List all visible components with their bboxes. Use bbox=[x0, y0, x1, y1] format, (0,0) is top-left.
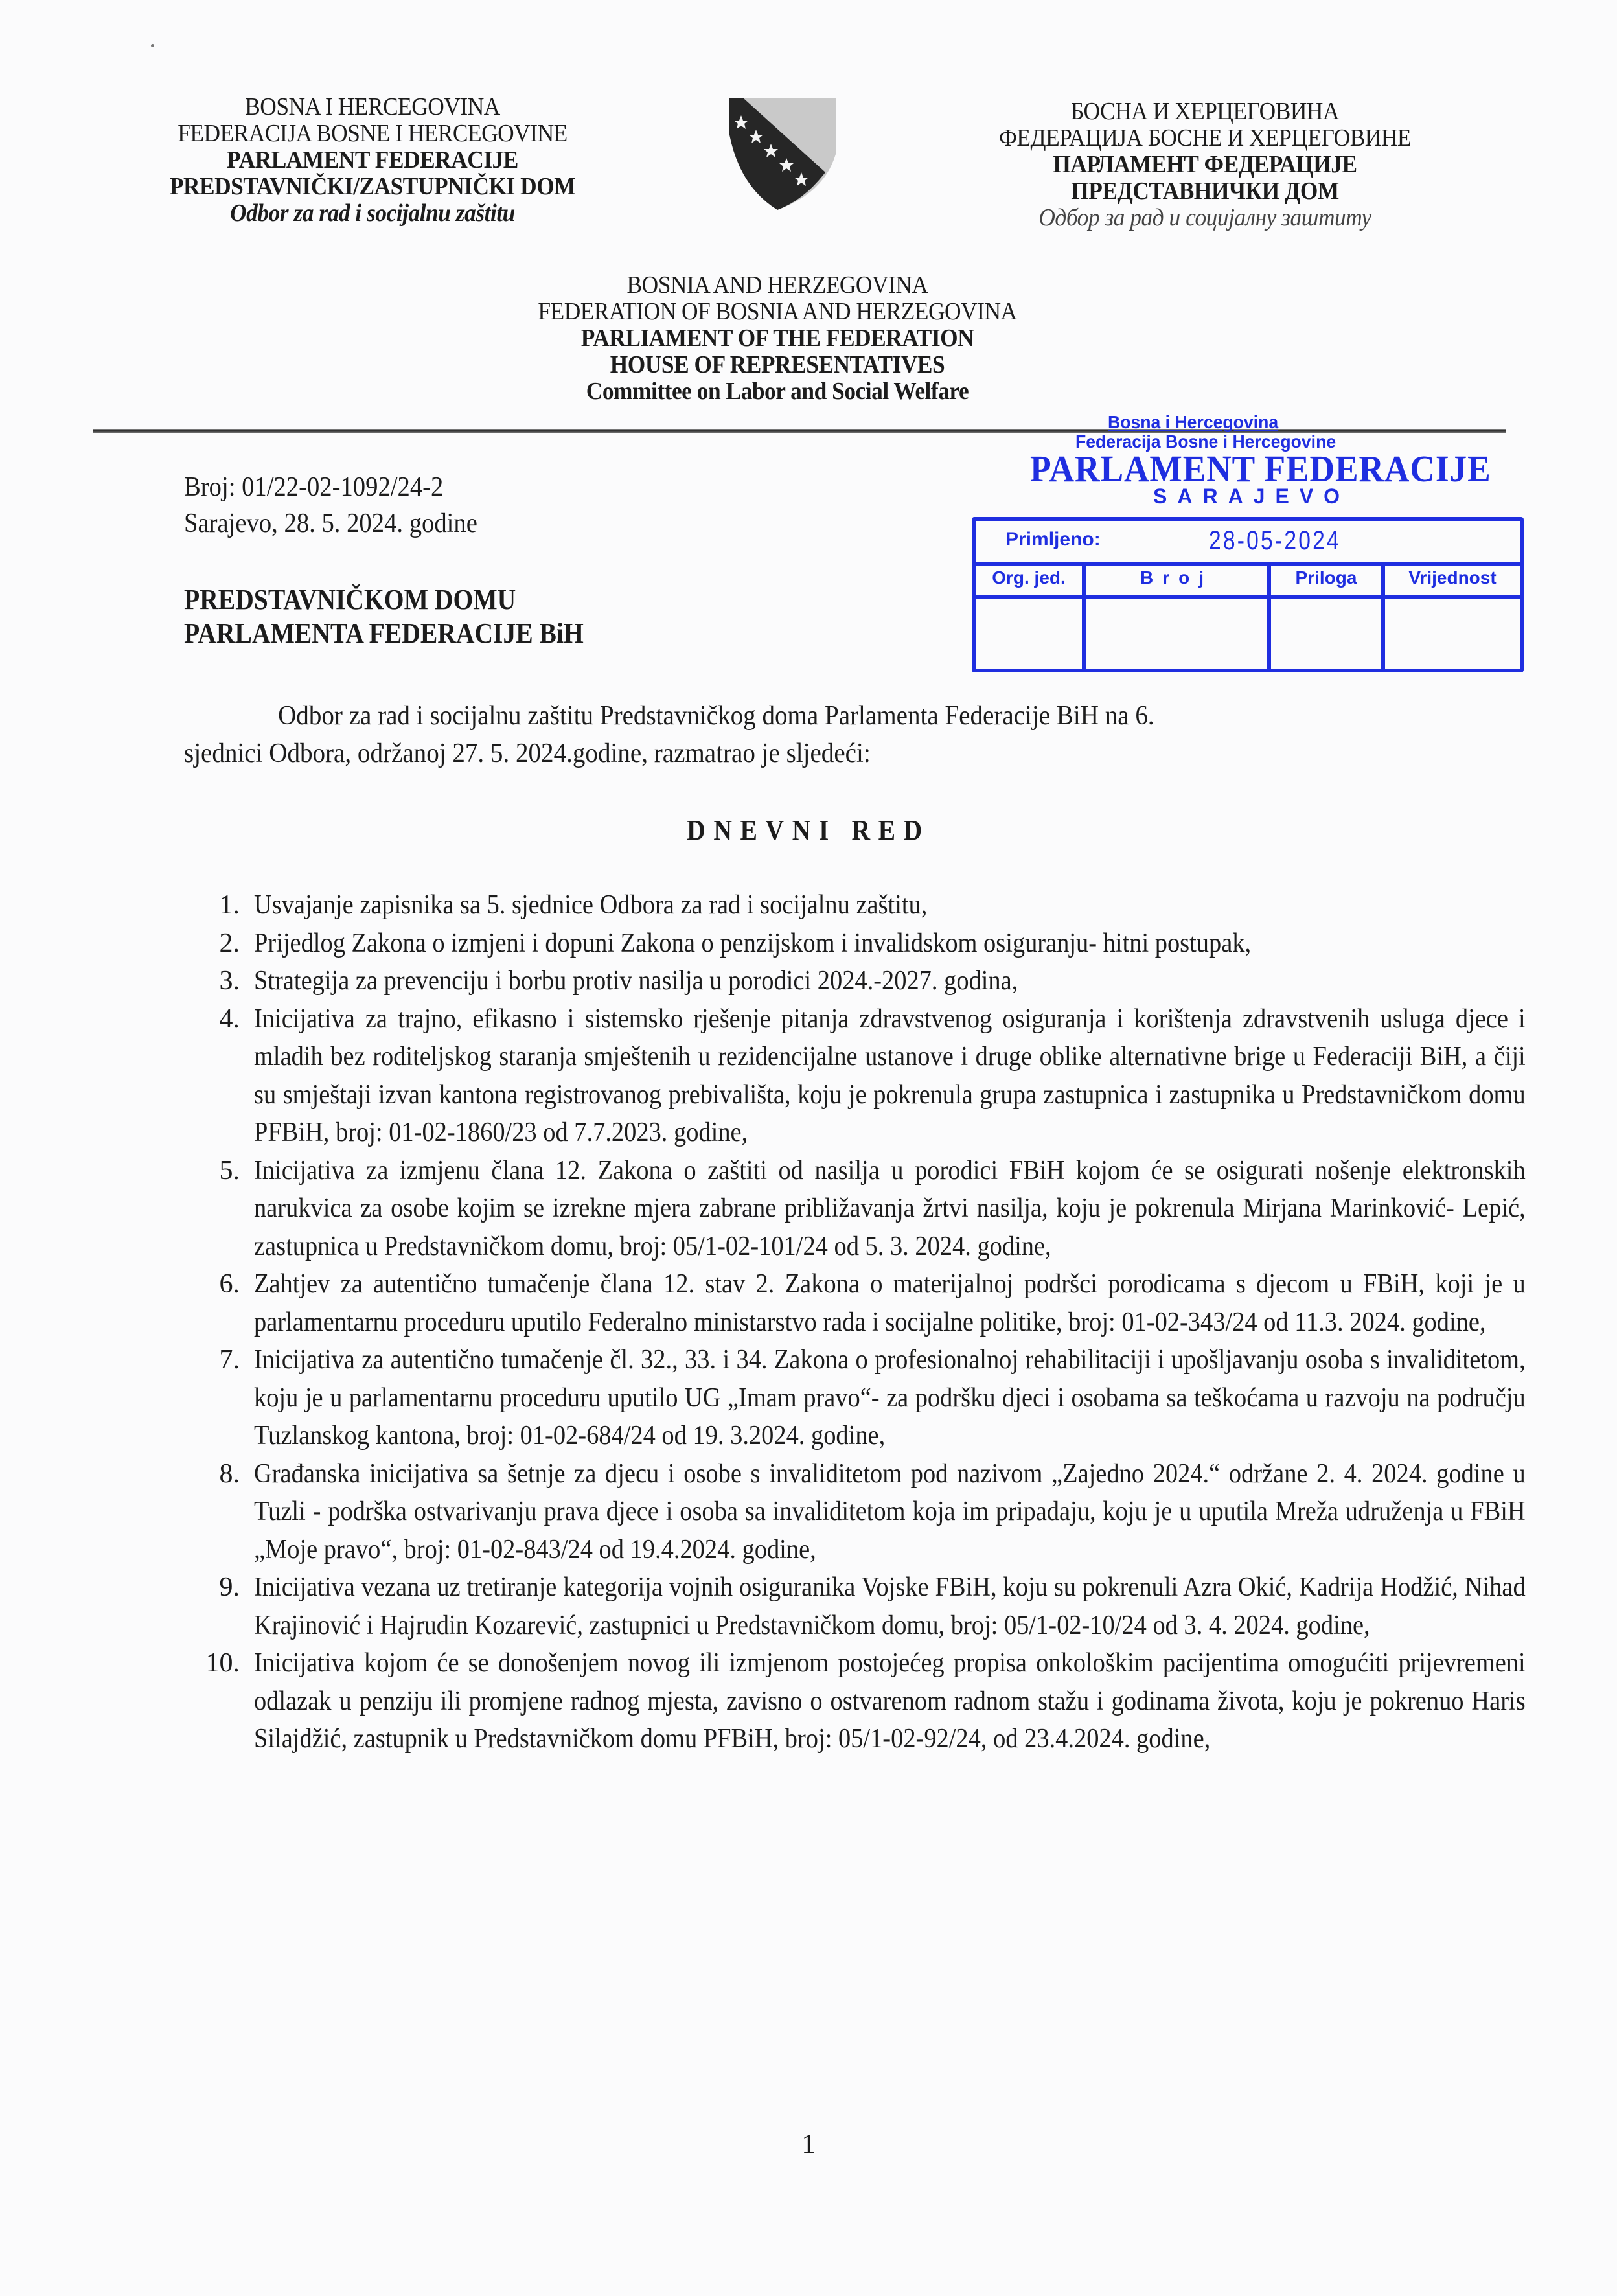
intro-line: sjednici Odbora, održanoj 27. 5. 2024.go… bbox=[184, 735, 1316, 772]
stamp-received-label: Primljeno: bbox=[1005, 529, 1101, 551]
stamp-column: Org. jed. bbox=[976, 562, 1086, 669]
stamp-received-row: Primljeno: 28-05-2024 bbox=[976, 521, 1520, 566]
letterhead-line: FEDERACIJA BOSNE I HERCEGOVINE bbox=[117, 121, 629, 147]
stamp-column: Priloga bbox=[1271, 562, 1385, 669]
stamp-city: SARAJEVO bbox=[1153, 485, 1350, 509]
agenda-item: 4.Inicijativa za trajno, efikasno i sist… bbox=[194, 1000, 1522, 1152]
agenda-item-text: Zahtjev za autentično tumačenje člana 12… bbox=[254, 1265, 1526, 1341]
agenda-item: 5.Inicijativa za izmjenu člana 12. Zakon… bbox=[194, 1152, 1522, 1266]
letterhead-line: FEDERATION OF BOSNIA AND HERZEGOVINA bbox=[446, 299, 1109, 325]
agenda-item: 8.Građanska inicijativa sa šetnje za dje… bbox=[194, 1455, 1522, 1569]
stamp-column: Vrijednost bbox=[1385, 562, 1520, 669]
letterhead-english: BOSNIA AND HERZEGOVINA FEDERATION OF BOS… bbox=[446, 272, 1109, 405]
addressee-line: PARLAMENTA FEDERACIJE BiH bbox=[184, 617, 584, 650]
scan-speck bbox=[151, 44, 154, 47]
stamp-columns: Org. jed. Broj Priloga Vrijednost bbox=[976, 562, 1520, 669]
stamp-column-header: Priloga bbox=[1271, 562, 1381, 599]
document-meta: Broj: 01/22-02-1092/24-2 Sarajevo, 28. 5… bbox=[184, 469, 477, 542]
intro-paragraph: Odbor za rad i socijalnu zaštitu Predsta… bbox=[184, 697, 1316, 772]
agenda-item-text: Prijedlog Zakona o izmjeni i dopuni Zako… bbox=[254, 924, 1526, 963]
agenda-item: 1.Usvajanje zapisnika sa 5. sjednice Odb… bbox=[194, 886, 1522, 924]
agenda-item-text: Usvajanje zapisnika sa 5. sjednice Odbor… bbox=[254, 886, 1526, 924]
stamp-line: Bosna i Hercegovina bbox=[1108, 412, 1278, 433]
stamp-column-header: Broj bbox=[1086, 562, 1267, 599]
agenda-item: 6.Zahtjev za autentično tumačenje člana … bbox=[194, 1265, 1522, 1341]
agenda-item: 9.Inicijativa vezana uz tretiranje kateg… bbox=[194, 1568, 1522, 1644]
stamp-column-header: Vrijednost bbox=[1385, 562, 1520, 599]
agenda-item-text: Inicijativa vezana uz tretiranje kategor… bbox=[254, 1568, 1526, 1644]
agenda-item-number: 5. bbox=[194, 1152, 240, 1190]
letterhead-line: BOSNA I HERCEGOVINA bbox=[117, 94, 629, 121]
agenda-item: 10.Inicijativa kojom će se donošenjem no… bbox=[194, 1644, 1522, 1758]
stamp-received-date: 28-05-2024 bbox=[1209, 525, 1341, 556]
agenda-item: 2.Prijedlog Zakona o izmjeni i dopuni Za… bbox=[194, 924, 1522, 963]
agenda-item: 7.Inicijativa za autentično tumačenje čl… bbox=[194, 1341, 1522, 1455]
addressee-line: PREDSTAVNIČKOM DOMU bbox=[184, 583, 584, 617]
agenda-item-number: 9. bbox=[194, 1568, 240, 1607]
page-number: 1 bbox=[0, 2129, 1617, 2160]
agenda-item-number: 6. bbox=[194, 1265, 240, 1303]
coat-of-arms-icon bbox=[727, 96, 840, 212]
agenda-item-text: Inicijativa za izmjenu člana 12. Zakona … bbox=[254, 1152, 1526, 1266]
agenda-item-number: 8. bbox=[194, 1455, 240, 1493]
intro-line: Odbor za rad i socijalnu zaštitu Predsta… bbox=[184, 697, 1316, 735]
letterhead-line: БОСНА И ХЕРЦЕГОВИНА bbox=[934, 98, 1476, 125]
stamp-column: Broj bbox=[1086, 562, 1271, 669]
agenda-title: DNEVNI RED bbox=[81, 814, 1536, 847]
agenda-item-number: 7. bbox=[194, 1341, 240, 1379]
agenda-item-text: Građanska inicijativa sa šetnje za djecu… bbox=[254, 1455, 1526, 1569]
agenda-item-number: 4. bbox=[194, 1000, 240, 1039]
agenda-item-number: 1. bbox=[194, 886, 240, 924]
agenda-item-text: Inicijativa kojom će se donošenjem novog… bbox=[254, 1644, 1526, 1758]
agenda-item-text: Inicijativa za autentično tumačenje čl. … bbox=[254, 1341, 1526, 1455]
letterhead-line: ПАРЛАМЕНТ ФЕДЕРАЦИЈЕ bbox=[934, 152, 1476, 178]
letterhead-line: ФЕДЕРАЦИЈА БОСНЕ И ХЕРЦЕГОВИНЕ bbox=[934, 125, 1476, 152]
agenda-item-number: 3. bbox=[194, 962, 240, 1000]
letterhead-line: PARLAMENT FEDERACIJE bbox=[117, 147, 629, 174]
stamp-column-header: Org. jed. bbox=[976, 562, 1082, 599]
agenda-list: 1.Usvajanje zapisnika sa 5. sjednice Odb… bbox=[194, 886, 1522, 1758]
agenda-item-number: 2. bbox=[194, 924, 240, 963]
agenda-item-text: Inicijativa za trajno, efikasno i sistem… bbox=[254, 1000, 1526, 1152]
letterhead-bosnian: BOSNA I HERCEGOVINA FEDERACIJA BOSNE I H… bbox=[117, 94, 629, 227]
stamp-line: PARLAMENT FEDERACIJE bbox=[1030, 447, 1491, 490]
letterhead-line: ПРЕДСТАВНИЧКИ ДОМ bbox=[934, 178, 1476, 205]
letterhead-line: PREDSTAVNIČKI/ZASTUPNIČKI DOM bbox=[117, 174, 629, 200]
addressee: PREDSTAVNIČKOM DOMU PARLAMENTA FEDERACIJ… bbox=[184, 583, 584, 650]
letterhead-line: HOUSE OF REPRESENTATIVES bbox=[446, 352, 1109, 378]
committee-name: Одбор за рад и социјалну заштиту bbox=[934, 205, 1476, 231]
document-number: Broj: 01/22-02-1092/24-2 bbox=[184, 469, 477, 505]
committee-name: Committee on Labor and Social Welfare bbox=[446, 378, 1109, 405]
agenda-item-number: 10. bbox=[194, 1644, 240, 1682]
letterhead-line: BOSNIA AND HERZEGOVINA bbox=[446, 272, 1109, 299]
letterhead-line: PARLIAMENT OF THE FEDERATION bbox=[446, 325, 1109, 352]
agenda-item-text: Strategija za prevenciju i borbu protiv … bbox=[254, 962, 1526, 1000]
stamp-box: Primljeno: 28-05-2024 Org. jed. Broj Pri… bbox=[972, 517, 1524, 672]
agenda-item: 3.Strategija za prevenciju i borbu proti… bbox=[194, 962, 1522, 1000]
document-place-date: Sarajevo, 28. 5. 2024. godine bbox=[184, 505, 477, 542]
letterhead-cyrillic: БОСНА И ХЕРЦЕГОВИНА ФЕДЕРАЦИЈА БОСНЕ И Х… bbox=[934, 98, 1476, 231]
committee-name: Odbor za rad i socijalnu zaštitu bbox=[117, 200, 629, 227]
